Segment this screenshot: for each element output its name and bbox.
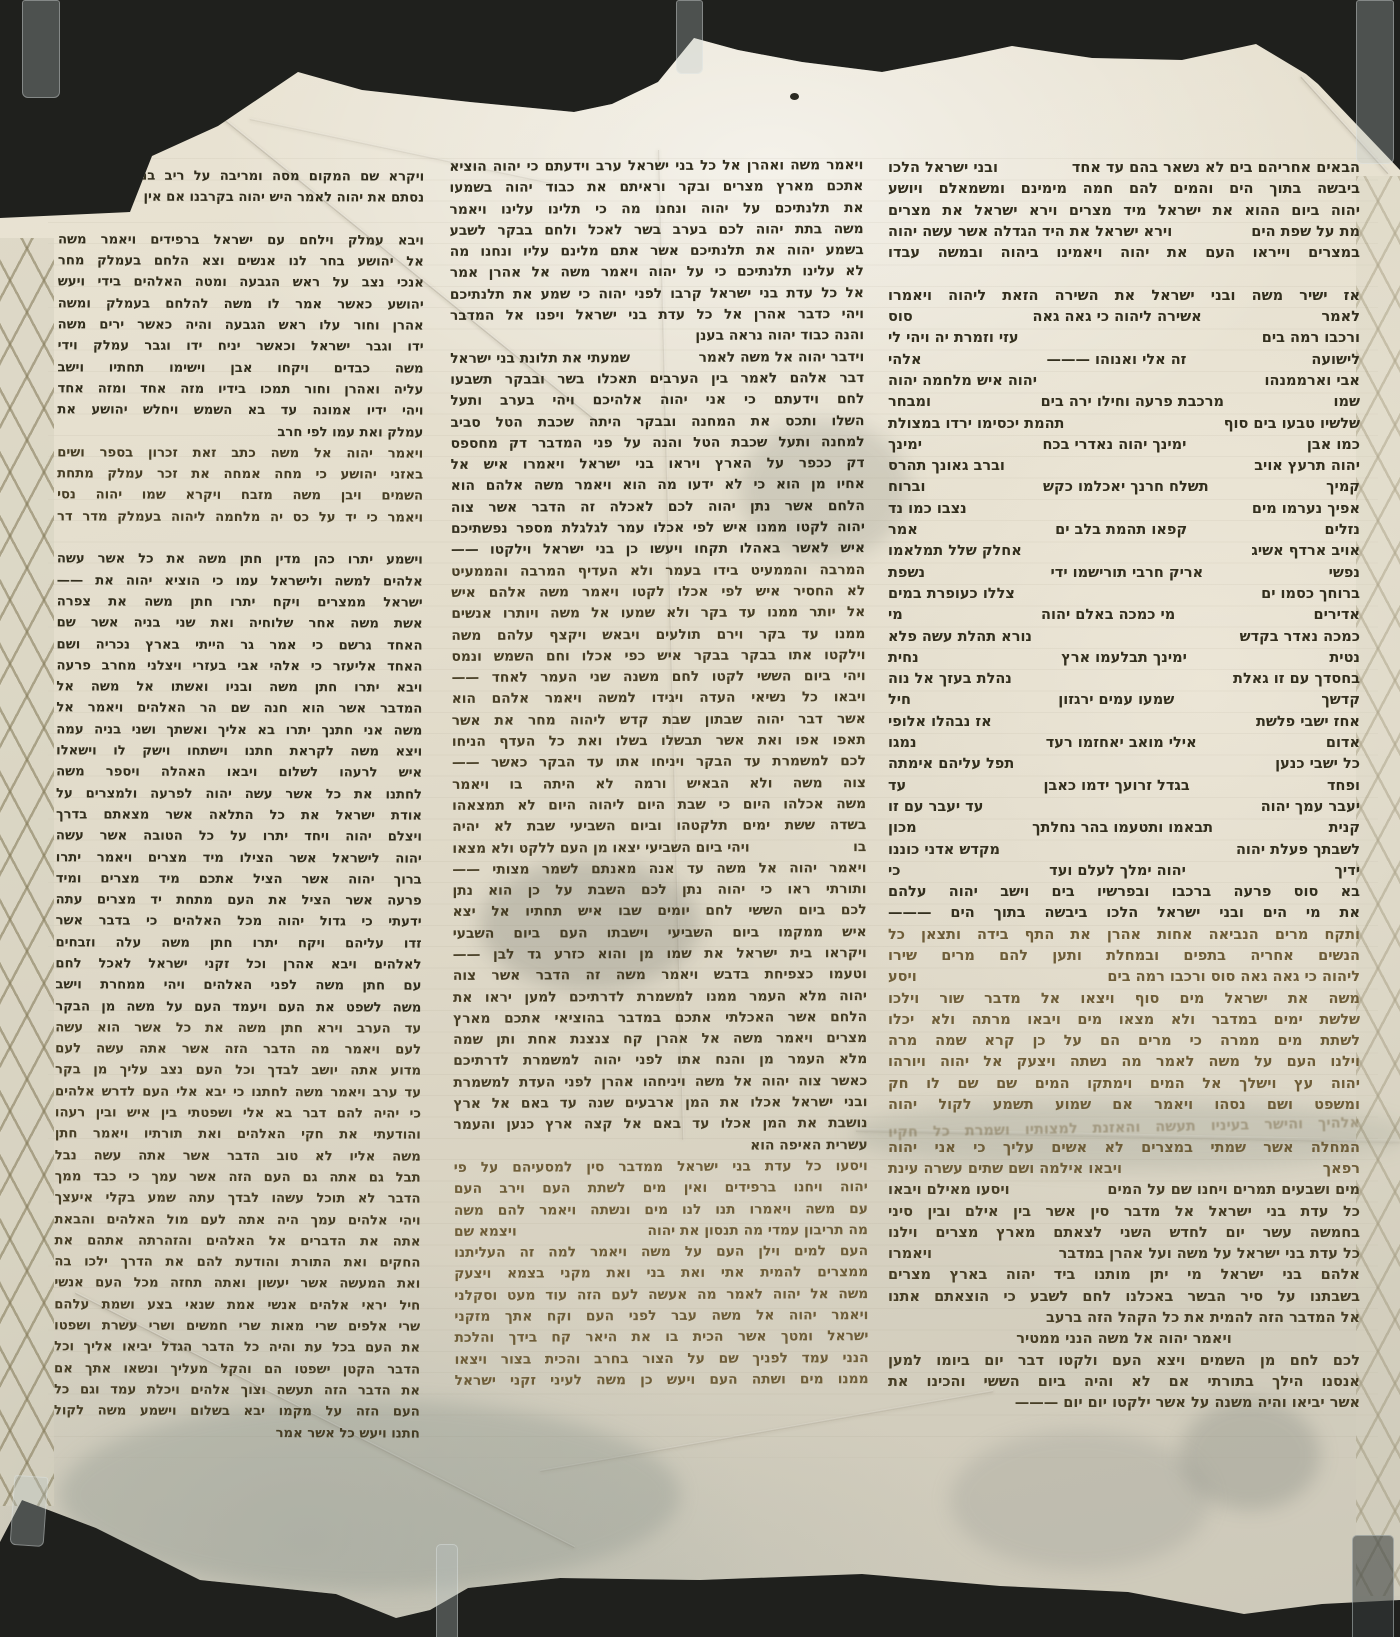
torah-line-text: המרבה והממעיט בידו בעמר ולא העדיף המרבה …	[451, 562, 865, 580]
torah-line: העם למים וילן העם על משה ויאמר למה זה הע…	[454, 1241, 868, 1264]
torah-line-text: אנכי נצב על ראש הגבעה ומטה האלהים בידי ו…	[58, 275, 424, 291]
torah-line-text: ויקרא שם המקום מסה ומריבה על ריב בני ישר…	[58, 168, 424, 184]
torah-line-segment: בו	[853, 837, 866, 858]
torah-line-segment: מרכבת פרעה וחילו ירה בים	[1041, 392, 1224, 413]
torah-line-text: לכם למשמרת עד הבקר ויניחו אתו עד הבקר כא…	[452, 753, 866, 771]
torah-line-segment: ובני ישראל הלכו	[888, 158, 998, 179]
torah-line: יהוה ביום ההוא את ישראל מיד מצרים וירא י…	[888, 201, 1360, 222]
torah-line: וידבר יהוה אל משה לאמרשמעתי את תלונת בני…	[450, 347, 864, 370]
torah-line-segment: נשפת	[888, 563, 925, 584]
torah-line: תאפו אפו ואת אשר תבשלו בשלו ואת כל העדף …	[452, 730, 866, 753]
torah-line-segment: כמו אבן	[1307, 435, 1360, 456]
torah-line-text: את הדבר הזה תעשה וצוך אלהים ויכלת עמד וג…	[54, 1382, 420, 1398]
torah-line: ממצרים להמית אתי ואת בני ואת מקני בצמא ו…	[454, 1263, 868, 1286]
torah-line-text: ידעתי כי גדול יהוה מכל האלהים כי בדבר אש…	[56, 914, 422, 930]
torah-line: את העם בכל עת והיה כל הדבר הגדל יביאו אל…	[54, 1337, 420, 1360]
torah-line: ויקראו בית ישראל את שמו מן והוא כזרע גד …	[453, 943, 867, 966]
torah-line-segment: מכון	[888, 818, 917, 839]
torah-line-text: במצרים וייראו העם את יהוה ויאמינו ביהוה …	[888, 245, 1360, 261]
torah-line-text: פרעה אשר הציל את העם מתחת יד מצרים עתה	[56, 892, 422, 908]
torah-line: בשבתנו על סיר הבשר באכלנו לחם לשבע כי הו…	[888, 1287, 1360, 1308]
torah-line: תבל גם אתה גם העם הזה אשר עמך כי כבד ממך	[55, 1166, 421, 1189]
torah-line: האחד גרשם כי אמר גר הייתי בארץ נכריה ושם	[57, 634, 423, 657]
torah-line-text: את מי הים ובני ישראל הלכו ביבשה בתוך הים…	[888, 905, 1360, 921]
torah-line: ברוך יהוה אשר הציל אתכם מיד מצרים ומיד	[56, 868, 422, 891]
torah-line-text: באזני יהושע כי מחה אמחה את זכר עמלק מתחת	[57, 467, 423, 483]
torah-line-text: מדוע אתה יושב לבדך וכל העם נצב עליך מן ב…	[55, 1063, 421, 1079]
torah-line	[57, 527, 423, 550]
torah-line: הדבר הקטן ישפטו הם והקל מעליך ונשאו אתך …	[54, 1358, 420, 1381]
torah-line: הנני עמד לפניך שם על הצור בחרב והכית בצו…	[455, 1348, 869, 1371]
torah-line: אתה את הדברים אל האלהים והזהרתה אתהם את	[54, 1230, 420, 1253]
torah-line-text: דבר אלהם לאמר בין הערבים תאכלו בשר ובבקר…	[450, 370, 864, 388]
torah-line-segment: כל ישבי כנען	[1275, 754, 1360, 775]
torah-line-text: צוה משה ולא הבאיש ורמה לא היתה בו ויאמר	[452, 775, 866, 793]
torah-line-text: משה לשפט את העם ויעמד העם על משה מן הבקר	[55, 999, 421, 1015]
torah-line-text: וישמע יתרו כהן מדין חתן משה את כל אשר עש…	[57, 552, 423, 568]
torah-line: ותקח מרים הנביאה אחות אהרן את התף בידה ו…	[888, 925, 1360, 946]
torah-line-text: יהוה לישראל אשר הצילו מיד מצרים ויאמר ית…	[56, 850, 422, 866]
torah-line-text: חיל יראי אלהים אנשי אמת שנאי בצע ושמת על…	[54, 1297, 420, 1313]
torah-line: אנכי נצב על ראש הגבעה ומטה האלהים בידי ו…	[58, 272, 424, 295]
torah-line-segment: ויבאו אילמה ושם שתים עשרה עינת	[888, 1159, 1122, 1180]
torah-line-text: ויאמר יהוה אל משה כתב זאת זכרון בספר ושי…	[57, 445, 423, 461]
torah-line: אודת ישראל את כל התלאה אשר מצאתם בדרך	[56, 804, 422, 827]
torah-line: עשרית האיפה הוא	[454, 1135, 868, 1158]
torah-line-segment: יהוה ימלך לעלם ועד	[1049, 861, 1186, 882]
torah-line-text: משה אליו לא טוב הדבר אשר אתה עשה נבל	[55, 1148, 421, 1164]
torah-line-text: האחד גרשם כי אמר גר הייתי בארץ נכריה ושם	[57, 637, 423, 653]
torah-line-segment: אחז ישבי פלשת	[1256, 712, 1360, 733]
torah-line: כל עדת בני ישראל על משה ועל אהרן במדברוי…	[888, 1244, 1360, 1265]
torah-line: ויהי אלהים עמך היה אתה לעם מול האלהים וה…	[55, 1209, 421, 1232]
glass-clamp-bottom-left	[10, 1475, 49, 1547]
torah-line-text: אודת ישראל את כל התלאה אשר מצאתם בדרך	[56, 807, 422, 823]
torah-line: ויאמר יהוה אל משה הנני ממטיר	[888, 1329, 1360, 1350]
torah-line: ישראל ממצרים ויקח יתרו חתן משה את צפרה	[57, 591, 423, 614]
torah-line-text: איש לאשר באהלו תקחו ויעשו כן בני ישראל ו…	[451, 540, 865, 558]
torah-line: אלהם בני ישראל מי יתן מותנו ביד יהוה באר…	[888, 1265, 1360, 1286]
torah-line-segment: אויב ארדף אשיג	[1251, 541, 1360, 562]
torah-line: משה כבדים ויקחו אבן וישימו תחתיו וישב	[57, 357, 423, 380]
torah-line: ויסעו כל עדת בני ישראל ממדבר סין למסעיהם…	[454, 1156, 868, 1179]
torah-line: לשתת מים ממרה כי מרים הם על כן קרא שמה מ…	[888, 1031, 1360, 1052]
torah-line: דק ככפר על הארץ ויראו בני ישראל ויאמרו א…	[451, 453, 865, 476]
torah-line-text: עם חתן משה לפני האלהים ויהי ממחרת וישב	[55, 978, 421, 994]
torah-line: מדוע אתה יושב לבדך וכל העם נצב עליך מן ב…	[55, 1060, 421, 1083]
torah-line-text: איש לרעהו לשלום ויבאו האהלה ויספר משה	[56, 765, 422, 781]
ink-speck	[790, 93, 799, 100]
torah-line-segment: עד	[888, 776, 906, 797]
torah-line-segment: בחסדך עם זו גאלת	[1233, 669, 1360, 690]
torah-line-segment: מי	[888, 605, 903, 626]
torah-line-segment: ימינך יהוה נאדרי בכח	[1042, 435, 1186, 456]
torah-line: כל עדת בני ישראל אל מדבר סין אשר בין איל…	[888, 1202, 1360, 1223]
torah-line-text: השלו ותכס את המחנה ובבקר היתה שכבת הטל ס…	[450, 413, 864, 431]
torah-line-text: משה כבדים ויקחו אבן וישימו תחתיו וישב	[57, 360, 423, 376]
torah-line-segment: אחלק שלל תמלאמו	[888, 541, 1022, 562]
torah-line-segment: הבאים אחריהם בים לא נשאר בהם עד אחד	[1072, 158, 1360, 179]
torah-line: משה בתת יהוה לכם בערב בשר לאכל ולחם בבקר…	[450, 219, 864, 242]
torah-line: יהוה ויחנו ברפידים ואין מים לשתת העם ויר…	[454, 1177, 868, 1200]
left-lacing-edge	[0, 238, 54, 1506]
torah-line-text: ויצלם יהוה ויחד יתרו על כל הטובה אשר עשה	[56, 829, 422, 845]
torah-line-text: עם משה ויאמרו תנו לנו מים ונשתה ויאמר לה…	[454, 1201, 868, 1219]
torah-line-text: למחנה ותעל שכבת הטל והנה על פני המדבר דק…	[451, 434, 865, 452]
torah-line-text: משה אכלהו היום כי שבת היום ליהוה היום לא…	[452, 796, 866, 814]
torah-line: לחם וידעתם כי אני יהוה אלהיכם ויהי בערב …	[450, 389, 864, 412]
torah-line: קדשךשמעו עמים ירגזוןחיל	[888, 690, 1360, 711]
torah-line-segment: רפאך	[1323, 1159, 1360, 1180]
torah-line-text: העם הזה על מקמו יבא בשלום וישמע משה לקול	[54, 1404, 420, 1420]
torah-line: לשבתך פעלת יהוהמקדש אדני כוננו	[888, 840, 1360, 861]
torah-line-text: ישראל ומטך אשר הכית בו את היאר קח בידך ו…	[454, 1328, 868, 1346]
torah-line: הבאים אחריהם בים לא נשאר בהם עד אחדובני …	[888, 158, 1360, 179]
torah-line: ויקרא שם המקום מסה ומריבה על ריב בני ישר…	[58, 165, 424, 188]
torah-line: יהוה לקטו ממנו איש לפי אכלו עמר לגלגלת מ…	[451, 517, 865, 540]
torah-line-segment: אלהי	[888, 350, 922, 371]
torah-line: אפיך נערמו מיםנצבו כמו נד	[888, 499, 1360, 520]
torah-line-text: בשבתנו על סיר הבשר באכלנו לחם לשבע כי הו…	[888, 1289, 1360, 1305]
torah-line-segment: ויאמר יהוה אל משה הנני ממטיר	[1016, 1329, 1231, 1350]
torah-line-segment: נמגו	[888, 733, 917, 754]
torah-line-text: יהושע כאשר אמר לו משה להלחם בעמלק ומשה	[58, 296, 424, 312]
torah-line: בוויהי ביום השביעי יצאו מן העם ללקט ולא …	[452, 837, 866, 860]
torah-line-segment: מת על שפת הים	[1251, 222, 1360, 243]
torah-line-text: לאלהים ויבא אהרן וכל זקני ישראל לאכל לחם	[55, 956, 421, 972]
torah-line	[888, 264, 1360, 285]
torah-line-text: אתכם מארץ מצרים ובקר וראיתם את כבוד יהוה…	[449, 178, 863, 196]
torah-line-text: ברוך יהוה אשר הציל אתכם מיד מצרים ומיד	[56, 871, 422, 887]
torah-line-text: האחד אליעזר כי אלהי אבי בעזרי ויצלני מחר…	[56, 658, 422, 674]
torah-line-segment: אל המדבר הזה להמית את כל הקהל הזה ברעב	[1046, 1308, 1360, 1329]
torah-line: ותורתי ראו כי יהוה נתן לכם השבת על כן הו…	[452, 879, 866, 902]
torah-line-text: אשר דבר יהוה שבתון שבת קדש ליהוה מחר את …	[452, 711, 866, 729]
torah-line-segment: עד יעבר עם זו	[888, 797, 983, 818]
torah-line: וילנו העם על משה לאמר מה נשתה ויצעק אל י…	[888, 1052, 1360, 1073]
torah-line: איש לאשר באהלו תקחו ויעשו כן בני ישראל ו…	[451, 538, 865, 561]
torah-line: אשר יביאו והיה משנה על אשר ילקטו יום יום…	[888, 1393, 1360, 1414]
torah-line: משה אני חתנך יתרו בא אליך ואשתך ושני בני…	[56, 719, 422, 742]
torah-line-text: תבל גם אתה גם העם הזה אשר עמך כי כבד ממך	[55, 1169, 421, 1185]
torah-line: השלו ותכס את המחנה ובבקר היתה שכבת הטל ס…	[450, 411, 864, 434]
torah-line: זדו עליהם ויקח יתרו חתן משה עלה וזבחים	[55, 932, 421, 955]
torah-line-text: ויאמר משה ואהרן אל כל בני ישראל ערב וידע…	[449, 157, 863, 175]
torah-line-segment: נחית	[888, 648, 919, 669]
torah-line-text: הלחם אשר נתן יהוה לכם לאכלה זה הדבר אשר …	[451, 498, 865, 516]
torah-line-segment: ויסעו מאילם ויבאו	[888, 1180, 1010, 1201]
torah-line-text: ויהי ידיו אמונה עד בא השמש ויחלש יהושע א…	[57, 403, 423, 419]
torah-line: יהוה לישראל אשר הצילו מיד מצרים ויאמר ית…	[56, 847, 422, 870]
torah-line: מלא העמר מן והנח אתו לפני יהוה למשמרת לד…	[453, 1050, 867, 1073]
torah-line: החקים ואת התורת והודעת להם את הדרך ילכו …	[54, 1251, 420, 1274]
torah-line: ברוחך כסמו יםצללו כעופרת במים	[888, 584, 1360, 605]
torah-line-text: את העם בכל עת והיה כל הדבר הגדל יביאו אל…	[54, 1340, 420, 1356]
torah-line: ויצלם יהוה ויחד יתרו על כל הטובה אשר עשה	[56, 826, 422, 849]
torah-line-text: הדבר לא תוכל עשהו לבדך עתה שמע בקלי איעצ…	[55, 1191, 421, 1207]
torah-line-text: ותקח מרים הנביאה אחות אהרן את התף בידה ו…	[888, 927, 1360, 943]
torah-line: בשדה ששת ימים תלקטהו וביום השביעי שבת לא…	[452, 815, 866, 838]
torah-line-segment: כל עדת בני ישראל על משה ועל אהרן במדבר	[1059, 1244, 1360, 1265]
torah-line-text: ויאמר יהוה אל משה עבר לפני העם וקח אתך מ…	[454, 1307, 868, 1325]
torah-line-segment: ויאמרו	[888, 1244, 932, 1265]
torah-line: אשר דבר יהוה שבתון שבת קדש ליהוה מחר את …	[452, 709, 866, 732]
torah-line-segment: ורכבו רמה בים	[1262, 328, 1360, 349]
torah-line-text: ממצרים להמית אתי ואת בני ואת מקני בצמא ו…	[454, 1265, 868, 1283]
torah-line-text: ישראל ממצרים ויקח יתרו חתן משה את צפרה	[57, 594, 423, 610]
torah-line: את תלנתיכם על יהוה ונחנו מה כי תלינו עלי…	[449, 198, 863, 221]
torah-line: כמו אבןימינך יהוה נאדרי בכחימינך	[888, 435, 1360, 456]
torah-line-segment: לשבתך פעלת יהוה	[1236, 840, 1360, 861]
torah-line-text: אלהם בני ישראל מי יתן מותנו ביד יהוה באר…	[888, 1267, 1360, 1283]
torah-line: פרעה אשר הציל את העם מתחת יד מצרים עתה	[56, 889, 422, 912]
torah-line-text: ויבא יתרו חתן משה ובניו ואשתו אל משה אל	[56, 679, 422, 695]
torah-line-text: ויהי ביום הששי לקטו לחם משנה שני העמר לא…	[452, 668, 866, 686]
torah-line: ממנו עד בקר וירם תולעים ויבאש ויקצף עלהם…	[451, 624, 865, 647]
torah-line: ואת המעשה אשר יעשון ואתה תחזה מכל העם אנ…	[54, 1273, 420, 1296]
torah-line: נטיתימינך תבלעמו ארץנחית	[888, 648, 1360, 669]
torah-line: אשת משה אחר שלוחיה ואת שני בניה אשר שם	[57, 613, 423, 636]
torah-line-text: כי יהיה להם דבר בא אלי ושפטתי בין איש וב…	[55, 1105, 421, 1121]
torah-line: שלשת ימים במדבר ולא מצאו מים ויבאו מרתה …	[888, 1010, 1360, 1031]
torah-line-segment: אדום	[1326, 733, 1360, 754]
torah-line-text: לכם ביום הששי לחם יומים שבו איש תחתיו אל…	[453, 902, 867, 920]
torah-line-segment: אפיך נערמו מים	[1252, 499, 1360, 520]
torah-line: המדבר אשר הוא חנה שם הר האלהים ויאמר אל	[56, 698, 422, 721]
torah-line-segment: ידיך	[1335, 861, 1360, 882]
torah-line: חתנו ויעש כל אשר אמר	[54, 1422, 420, 1445]
torah-line-segment: ויסע	[888, 967, 917, 988]
torah-line-segment: נהלת בעזך אל נוה	[888, 669, 1012, 690]
torah-line-text: יהוה עץ וישלך אל המים וימתקו המים שם שם …	[888, 1076, 1360, 1092]
torah-line: כאשר צוה יהוה אל משה ויניחהו אהרן לפני ה…	[453, 1071, 867, 1094]
torah-line-text: בחמשה עשר יום לחדש השני לצאתם מארץ מצרים…	[888, 1225, 1360, 1241]
torah-line-text: לכם לחם מן השמים ויצא העם ולקטו דבר יום …	[888, 1353, 1360, 1369]
torah-line-text: לשתת מים ממרה כי מרים הם על כן קרא שמה מ…	[888, 1033, 1360, 1049]
glass-clamp-bottom-center	[436, 1544, 458, 1637]
torah-line-segment: וברוח	[888, 477, 926, 498]
torah-line-segment: ליהוה כי גאה גאה סוס ורכבו רמה בים	[1107, 967, 1360, 988]
torah-line-segment: ויצמא שם	[454, 1221, 517, 1243]
torah-line-segment: והנה כבוד יהוה נראה בענן	[695, 325, 864, 347]
torah-line-segment: ימינך תבלעמו ארץ	[1061, 648, 1187, 669]
torah-line: ויבא יתרו חתן משה ובניו ואשתו אל משה אל	[56, 676, 422, 699]
torah-line: הנשים אחריה בתפים ובמחלת ותען להם מרים ש…	[888, 946, 1360, 967]
torah-line-text: אל כל עדת בני ישראל קרבו לפני יהוה כי שמ…	[450, 285, 864, 303]
torah-line-text: כל עדת בני ישראל אל מדבר סין אשר בין איל…	[888, 1204, 1360, 1220]
torah-line: לישועהזה אלי ואנוהו ———אלהי	[888, 350, 1360, 371]
torah-line-text: אחיו מן הוא כי לא ידעו מה הוא ויאמר משה …	[451, 477, 865, 495]
torah-line: נסתם את יהוה לאמר היש יהוה בקרבנו אם אין…	[58, 187, 424, 210]
torah-line: השמים ויבן משה מזבח ויקרא שמו יהוה נסי	[57, 485, 423, 508]
torah-line: שלשיו טבעו בים סוףתהמת יכסימו ירדו במצול…	[888, 414, 1360, 435]
torah-line-text: אל יותר ממנו עד בקר ולא שמעו אל משה ויות…	[451, 604, 865, 622]
torah-line: באזני יהושע כי מחה אמחה את זכר עמלק מתחת	[57, 464, 423, 487]
torah-line: אז ישיר משה ובני ישראל את השירה הזאת ליה…	[888, 286, 1360, 307]
torah-line: נושבת את המן אכלו עד באם אל קצה ארץ כנען…	[453, 1113, 867, 1136]
torah-line: ופחדבגדל זרועך ידמו כאבןעד	[888, 776, 1360, 797]
torah-line-text: לא עלינו תלנתיכם כי על יהוה ויאמר משה אל…	[450, 264, 864, 282]
torah-line: וילקטו אתו בבקר בבקר איש כפי אכלו וחם הש…	[451, 645, 865, 668]
torah-line: שמומרכבת פרעה וחילו ירה ביםומבחר	[888, 392, 1360, 413]
glass-clamp-top-right	[1356, 0, 1394, 164]
torah-line-text: מצרים ויאמר משה אל אהרן קח צנצנת אחת ותן…	[453, 1030, 867, 1048]
torah-line: אדוםאילי מואב יאחזמו רעדנמגו	[888, 733, 1360, 754]
torah-line-segment: מקדש אדני כוננו	[888, 840, 1000, 861]
torah-line: עמלק ואת עמו לפי חרב	[57, 421, 423, 444]
torah-line: קניתתבאמו ותטעמו בהר נחלתךמכון	[888, 818, 1360, 839]
torah-line: שרי אלפים שרי מאות שרי חמשים ושרי עשרת ו…	[54, 1315, 420, 1338]
torah-line-segment: תהמת יכסימו ירדו במצולת	[888, 414, 1064, 435]
torah-line-segment: מי כמכה באלם יהוה	[1041, 605, 1175, 626]
torah-line: בחמשה עשר יום לחדש השני לצאתם מארץ מצרים…	[888, 1223, 1360, 1244]
torah-line: עם חתן משה לפני האלהים ויהי ממחרת וישב	[55, 975, 421, 998]
torah-line: ויאמר יהוה אל משה עד אנה מאנתם לשמר מצות…	[452, 858, 866, 881]
torah-line-segment: אשירה ליהוה כי גאה גאה	[1033, 307, 1202, 328]
torah-line-segment: עמלק ואת עמו לפי חרב	[277, 422, 423, 444]
torah-line-text: העם למים וילן העם על משה ויאמר למה זה הע…	[454, 1243, 868, 1261]
torah-line-segment: וברב גאונך תהרס	[888, 456, 1005, 477]
text-column-middle: ויאמר משה ואהרן אל כל בני ישראל ערב וידע…	[449, 155, 868, 1392]
torah-line-text: המדבר אשר הוא חנה שם הר האלהים ויאמר אל	[56, 701, 422, 717]
torah-line-segment: אשר יביאו והיה משנה על אשר ילקטו יום יום…	[1015, 1393, 1360, 1414]
torah-line: אהרן וחור עלו ראש הגבעה והיה כאשר ירים מ…	[58, 314, 424, 337]
torah-line-text: עד ערב ויאמר משה לחתנו כי יבא אלי העם לד…	[55, 1084, 421, 1100]
torah-line-segment: יהוה תרעץ אויב	[1254, 456, 1360, 477]
torah-line-text: אלהים למשה ולישראל עמו כי הוציא יהוה את …	[57, 573, 423, 589]
torah-line-segment: ופחד	[1327, 776, 1360, 797]
scroll-photograph: { "meta": { "description": "Parchment sh…	[0, 0, 1400, 1637]
torah-line: אתכם מארץ מצרים ובקר וראיתם את כבוד יהוה…	[449, 176, 863, 199]
torah-line-segment: בגדל זרועך ידמו כאבן	[1044, 776, 1190, 797]
torah-line: את מי הים ובני ישראל הלכו ביבשה בתוך הים…	[888, 903, 1360, 924]
torah-line-segment: וירא ישראל את היד הגדלה אשר עשה יהוה	[888, 222, 1172, 243]
torah-line-text: ויהי כדבר אהרן אל כל עדת בני ישראל ויפנו…	[450, 306, 864, 324]
torah-line: הלחם אשר נתן יהוה לכם לאכלה זה הדבר אשר …	[451, 496, 865, 519]
torah-line: חיל יראי אלהים אנשי אמת שנאי בצע ושמת על…	[54, 1294, 420, 1317]
torah-line: משה לשפט את העם ויעמד העם על משה מן הבקר	[55, 996, 421, 1019]
torah-line-segment: שמו	[1334, 392, 1360, 413]
torah-line-text: אשת משה אחר שלוחיה ואת שני בניה אשר שם	[57, 616, 423, 632]
torah-line-segment: נפשי	[1329, 563, 1360, 584]
torah-line-segment: מה תריבון עמדי מה תנסון את יהוה	[647, 1220, 868, 1242]
torah-line: איש לרעהו לשלום ויבאו האהלה ויספר משה	[56, 762, 422, 785]
torah-line-segment: נטית	[1329, 648, 1360, 669]
torah-line: לאמראשירה ליהוה כי גאה גאהסוס	[888, 307, 1360, 328]
torah-line-text: בשמע יהוה את תלנתיכם אשר אתם מלינם עליו …	[450, 242, 864, 260]
torah-line: אל כל עדת בני ישראל קרבו לפני יהוה כי שמ…	[450, 283, 864, 306]
torah-line: יהוה תרעץ אויבוברב גאונך תהרס	[888, 456, 1360, 477]
torah-line-segment: שמעו עמים ירגזון	[1058, 690, 1174, 711]
torah-line: אנסנו הילך בתורתי אם לא והיה ביום הששי ו…	[888, 1372, 1360, 1393]
torah-line-segment: אמר	[888, 520, 918, 541]
torah-line-segment: ויהי ביום השביעי יצאו מן העם ללקט ולא מצ…	[452, 837, 749, 860]
torah-line: עם משה ויאמרו תנו לנו מים ונשתה ויאמר לה…	[454, 1199, 868, 1222]
torah-line-segment: תשלח חרנך יאכלמו כקש	[1043, 477, 1209, 498]
torah-line-text: ואת המעשה אשר יעשון ואתה תחזה מכל העם אנ…	[54, 1276, 420, 1292]
torah-line: צוה משה ולא הבאיש ורמה לא היתה בו ויאמר	[452, 773, 866, 796]
torah-line-segment: חתנו ויעש כל אשר אמר	[276, 1423, 420, 1445]
torah-line-segment: וידבר יהוה אל משה לאמר	[699, 347, 865, 369]
torah-line: משה אליו לא טוב הדבר אשר אתה עשה נבל	[55, 1145, 421, 1168]
torah-line-segment: יהוה איש מלחמה יהוה	[888, 371, 1037, 392]
torah-line-text: יהוה מלא העמר ממנו למשמרת לדרתיכם למען י…	[453, 988, 867, 1006]
torah-line-segment: קדשך	[1321, 690, 1360, 711]
torah-line-segment: קנית	[1329, 818, 1360, 839]
torah-line-segment: עשרית האיפה הוא	[750, 1135, 868, 1157]
torah-line-segment: נורא תהלת עשה פלא	[888, 627, 1032, 648]
torah-line: לכם לחם מן השמים ויצא העם ולקטו דבר יום …	[888, 1351, 1360, 1372]
torah-line-text: החקים ואת התורת והודעת להם את הדרך ילכו …	[54, 1254, 420, 1270]
torah-line-text: השמים ויבן משה מזבח ויקרא שמו יהוה נסי	[57, 488, 423, 504]
torah-line-segment: צללו כעופרת במים	[888, 584, 1015, 605]
torah-line-text: ויבאו כל נשיאי העדה ויגידו למשה ויאמר אל…	[452, 690, 866, 708]
torah-line-segment: סוס	[888, 307, 913, 328]
torah-line-text: משה אני חתנך יתרו בא אליך ואשתך ושני בני…	[56, 722, 422, 738]
torah-line: ויאמר כי יד על כס יה מלחמה ליהוה בעמלק מ…	[57, 506, 423, 529]
torah-line-segment: זה אלי ואנוהו ———	[1046, 350, 1186, 371]
torah-line-text: אל יהושע בחר לנו אנשים וצא הלחם בעמלק מח…	[58, 254, 424, 270]
torah-line: והנה כבוד יהוה נראה בענן	[450, 325, 864, 348]
torah-line: אל המדבר הזה להמית את כל הקהל הזה ברעב	[888, 1308, 1360, 1329]
torah-line-segment: קמיך	[1326, 477, 1360, 498]
torah-line-segment: אילי מואב יאחזמו רעד	[1046, 733, 1197, 754]
torah-line-segment: אריק חרבי תורישמו ידי	[1051, 563, 1204, 584]
torah-line-text: את תלנתיכם על יהוה ונחנו מה כי תלינו עלי…	[450, 200, 864, 218]
torah-line: ויהי כדבר אהרן אל כל עדת בני ישראל ויפנו…	[450, 304, 864, 327]
torah-line-text: וילנו העם על משה לאמר מה נשתה ויצעק אל י…	[888, 1054, 1360, 1070]
torah-line: מצרים ויאמר משה אל אהרן קח צנצנת אחת ותן…	[453, 1028, 867, 1051]
torah-line-text: ויהי אלהים עמך היה אתה לעם מול האלהים וה…	[55, 1212, 421, 1228]
torah-line: ישראל ומטך אשר הכית בו את היאר קח בידך ו…	[454, 1326, 868, 1349]
torah-line: ומשפט ושם נסהו ויאמר אם שמוע תשמע לקול י…	[888, 1095, 1360, 1116]
torah-line-text: אז ישיר משה ובני ישראל את השירה הזאת ליה…	[888, 288, 1360, 304]
torah-line: ויבאו כל נשיאי העדה ויגידו למשה ויאמר אל…	[452, 688, 866, 711]
torah-line-text: לחם וידעתם כי אני יהוה אלהיכם ויהי בערב …	[450, 391, 864, 409]
torah-line-segment: אבי וארממנהו	[1265, 371, 1360, 392]
torah-line-text: אתה את הדברים אל האלהים והזהרתה אתהם את	[54, 1233, 420, 1249]
torah-line: ויאמר יהוה אל משה עבר לפני העם וקח אתך מ…	[454, 1305, 868, 1328]
torah-line-segment: נזלים	[1324, 520, 1360, 541]
torah-line-text: מלא העמר מן והנח אתו לפני יהוה למשמרת לד…	[453, 1052, 867, 1070]
torah-line-text: עליה ואהרן וחור תמכו בידיו מזה אחד ומזה …	[57, 381, 423, 397]
torah-line: יהושע כאשר אמר לו משה להלחם בעמלק ומשה	[58, 293, 424, 316]
torah-line: מה תריבון עמדי מה תנסון את יהוהויצמא שם	[454, 1220, 868, 1243]
torah-line: משה אכלהו היום כי שבת היום ליהוה היום לא…	[452, 794, 866, 817]
torah-line	[58, 208, 424, 231]
torah-line-text: אנסנו הילך בתורתי אם לא והיה ביום הששי ו…	[888, 1374, 1360, 1390]
torah-line: לאלהים ויבא אהרן וכל זקני ישראל לאכל לחם	[55, 953, 421, 976]
torah-line: בשמע יהוה את תלנתיכם אשר אתם מלינם עליו …	[450, 240, 864, 263]
torah-line: אבי וארממנהויהוה איש מלחמה יהוה	[888, 371, 1360, 392]
torah-line-segment: תבאמו ותטעמו בהר נחלתך	[1032, 818, 1213, 839]
torah-line-text: דק ככפר על הארץ ויראו בני ישראל ויאמרו א…	[451, 455, 865, 473]
torah-line: אויב ארדף אשיגאחלק שלל תמלאמו	[888, 541, 1360, 562]
torah-line-segment: נסתם את יהוה לאמר היש יהוה בקרבנו אם אין	[144, 187, 425, 209]
torah-line-segment: קפאו תהמת בלב ים	[1055, 520, 1187, 541]
torah-line: לכם ביום הששי לחם יומים שבו איש תחתיו אל…	[453, 900, 867, 923]
torah-line: כי יהיה להם דבר בא אלי ושפטתי בין איש וב…	[55, 1102, 421, 1125]
torah-line: וטעמו כצפיחת בדבש ויאמר משה זה הדבר אשר …	[453, 964, 867, 987]
torah-line: העם הזה על מקמו יבא בשלום וישמע משה לקול	[54, 1401, 420, 1424]
torah-line-text: הנני עמד לפניך שם על הצור בחרב והכית בצו…	[455, 1350, 869, 1368]
torah-line-segment: ———	[58, 187, 98, 208]
torah-line: האחד אליעזר כי אלהי אבי בעזרי ויצלני מחר…	[56, 655, 422, 678]
torah-line: לחתנו את כל אשר עשה יהוה לפרעה ולמצרים ע…	[56, 783, 422, 806]
torah-line-text: ביבשה בתוך הים והמים להם חמה מימינם ומשמ…	[888, 181, 1360, 197]
torah-line-segment: לישועה	[1311, 350, 1360, 371]
torah-line: מת על שפת היםוירא ישראל את היד הגדלה אשר…	[888, 222, 1360, 243]
